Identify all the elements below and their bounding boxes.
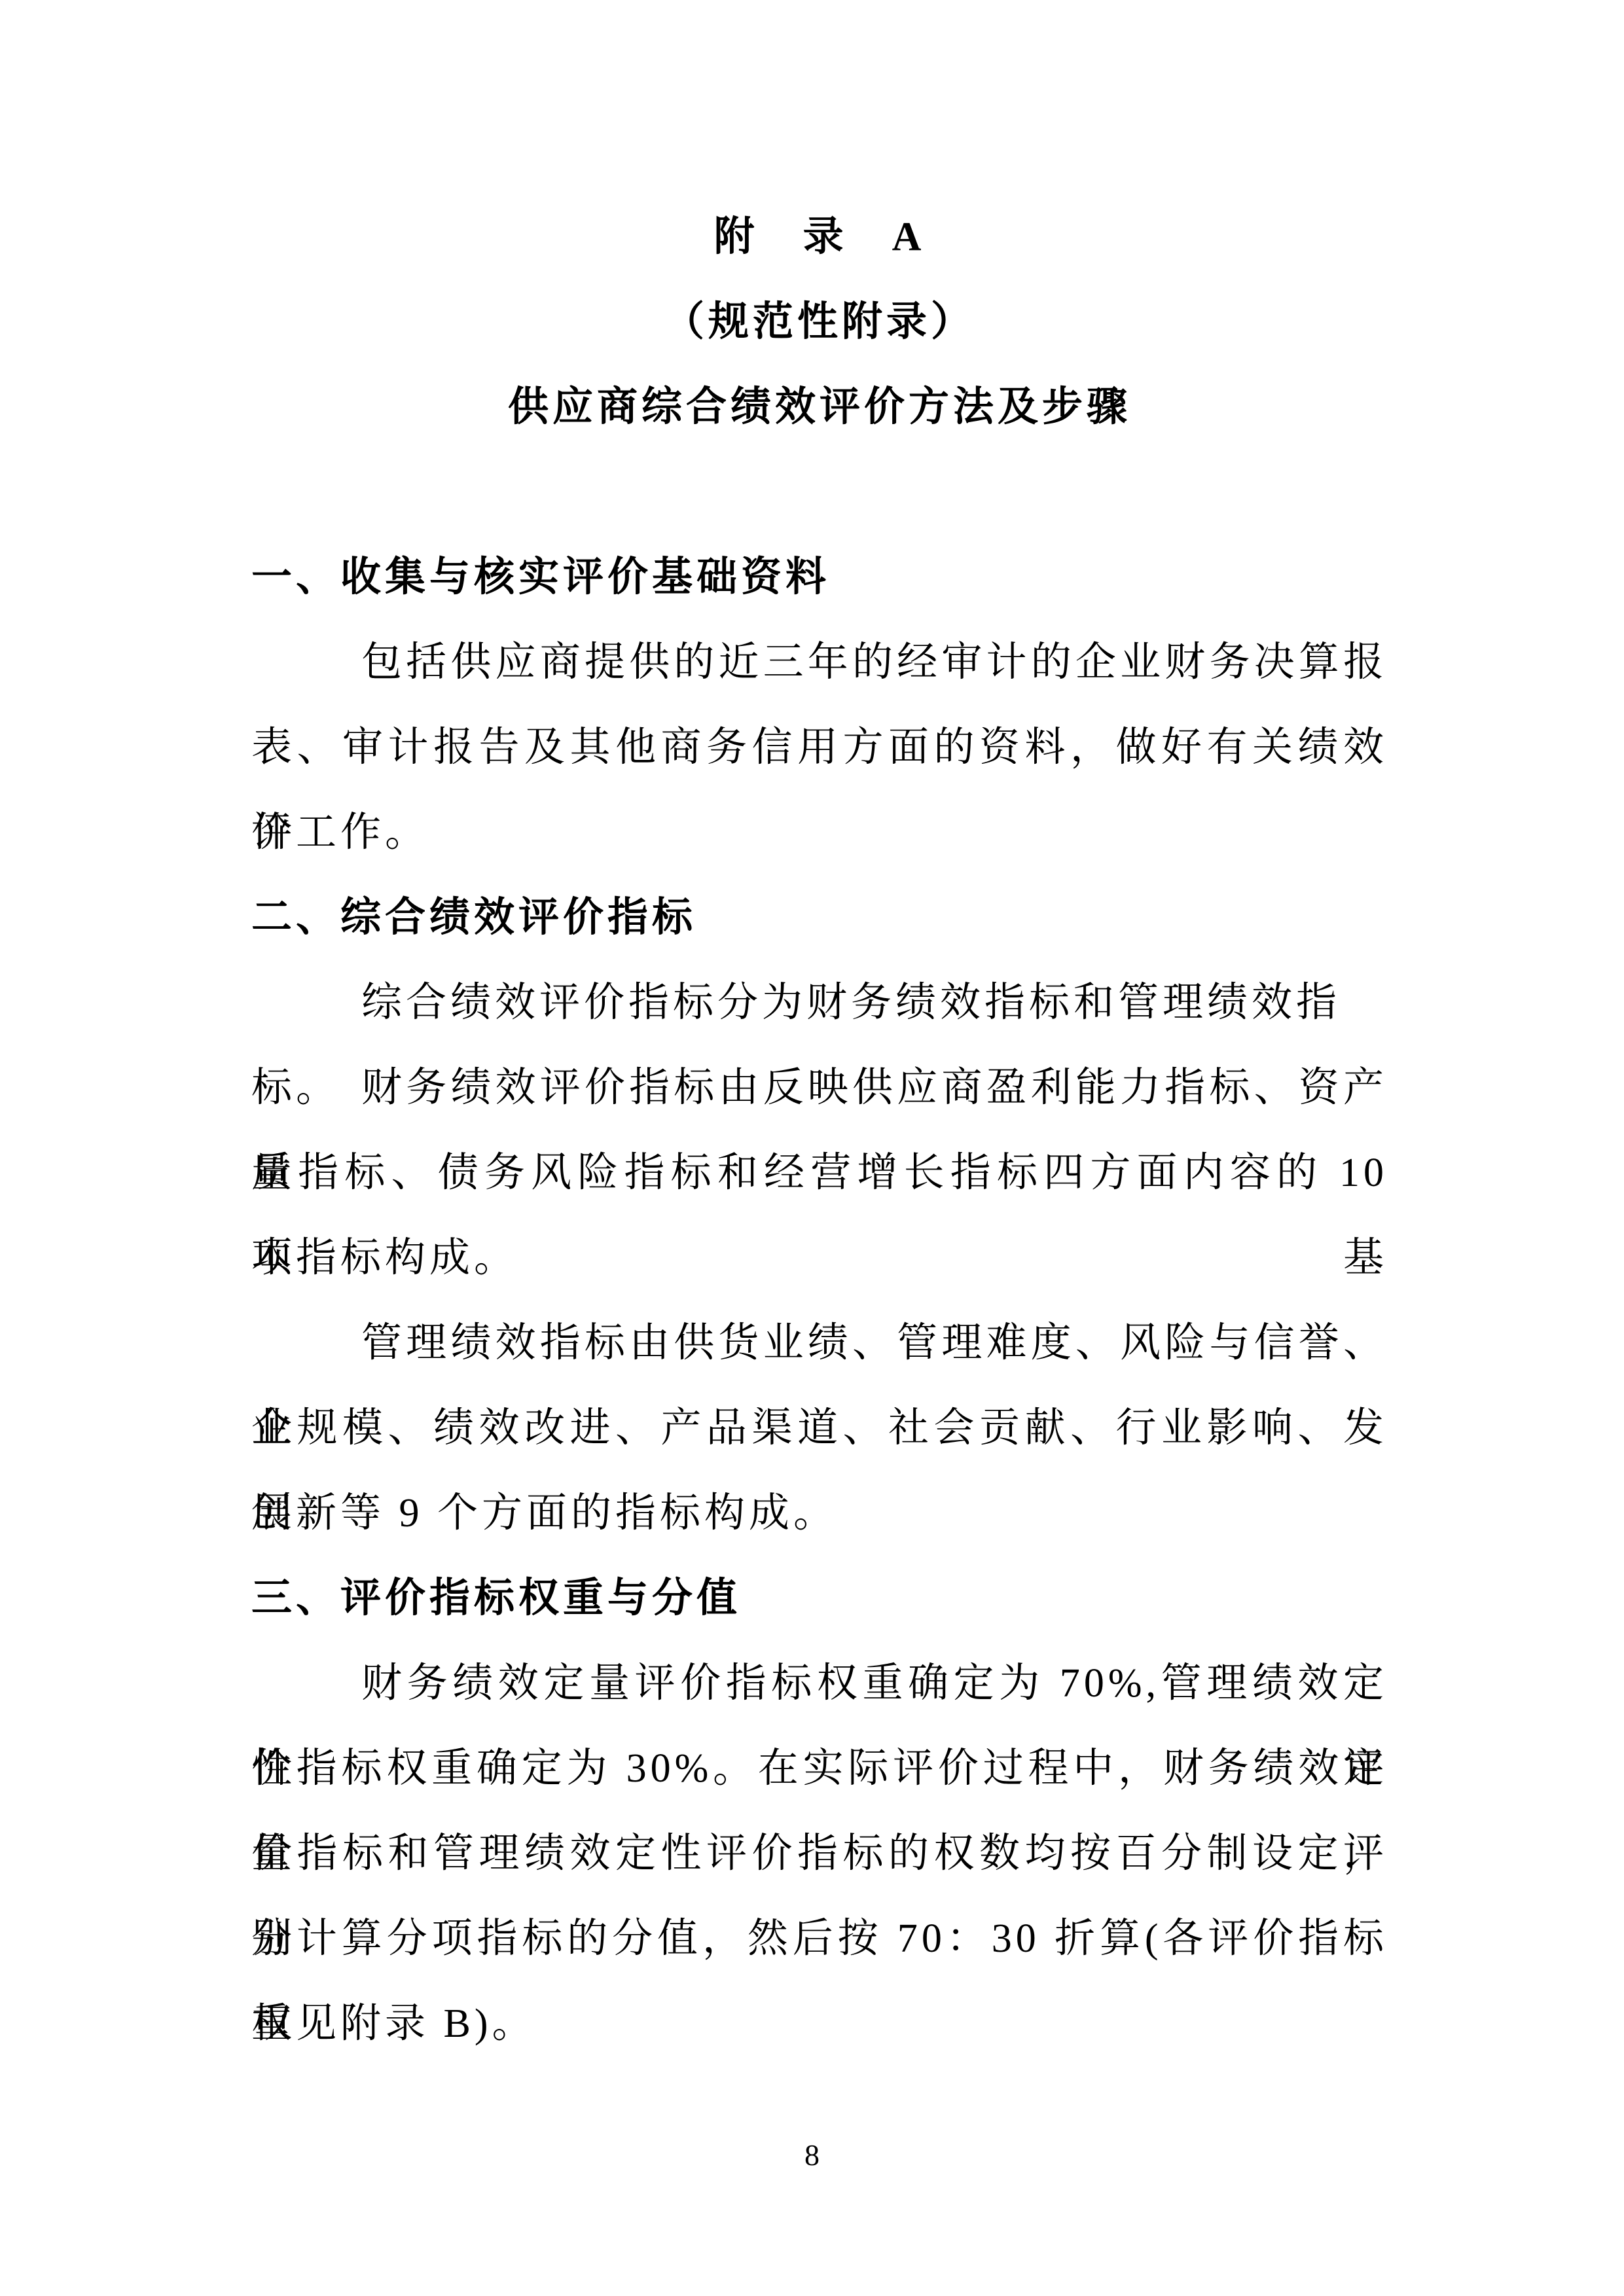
section-1-heading: 一、收集与核实评价基础资料 xyxy=(251,535,1388,620)
paragraph-line: 价指标和管理绩效定性评价指标的权数均按百分制设定，分 xyxy=(251,1811,1388,1896)
blank-line xyxy=(251,450,1388,535)
page-number: 8 xyxy=(0,2132,1624,2178)
paragraph-line: 量指标、债务风险指标和经营增长指标四方面内容的 10 项基 xyxy=(251,1130,1388,1215)
paragraph-line: 重见附录 B)。 xyxy=(251,1981,1388,2066)
appendix-type: （规范性附录） xyxy=(251,279,1388,365)
appendix-label: 附 录 A xyxy=(251,194,1388,279)
paragraph-line: 价工作。 xyxy=(251,790,1388,875)
paragraph-line: 财务绩效评价指标由反映供应商盈利能力指标、资产质 xyxy=(251,1045,1388,1130)
document-page: 附 录 A （规范性附录） 供应商综合绩效评价方法及步骤 一、收集与核实评价基础… xyxy=(0,0,1624,2296)
paragraph-line: 表、审计报告及其他商务信用方面的资料，做好有关绩效评 xyxy=(251,705,1388,790)
paragraph-line: 财务绩效定量评价指标权重确定为 70%,管理绩效定性评 xyxy=(251,1641,1388,1726)
paragraph-line: 综合绩效评价指标分为财务绩效指标和管理绩效指标。 xyxy=(251,960,1388,1045)
paragraph-line: 创新等 9 个方面的指标构成。 xyxy=(251,1471,1388,1556)
paragraph-line: 包括供应商提供的近三年的经审计的企业财务决算报 xyxy=(251,620,1388,705)
paragraph-line: 别计算分项指标的分值，然后按 70：30 折算(各评价指标权 xyxy=(251,1896,1388,1981)
paragraph-line: 业规模、绩效改进、产品渠道、社会贡献、行业影响、发展 xyxy=(251,1386,1388,1471)
paragraph-line: 价指标权重确定为 30%。在实际评价过程中，财务绩效定量评 xyxy=(251,1726,1388,1811)
paragraph-line: 管理绩效指标由供货业绩、管理难度、风险与信誉、企 xyxy=(251,1300,1388,1386)
section-2-heading: 二、综合绩效评价指标 xyxy=(251,875,1388,960)
text-block: 附 录 A （规范性附录） 供应商综合绩效评价方法及步骤 一、收集与核实评价基础… xyxy=(251,194,1388,2066)
section-3-heading: 三、评价指标权重与分值 xyxy=(251,1556,1388,1641)
appendix-title: 供应商综合绩效评价方法及步骤 xyxy=(251,365,1388,450)
